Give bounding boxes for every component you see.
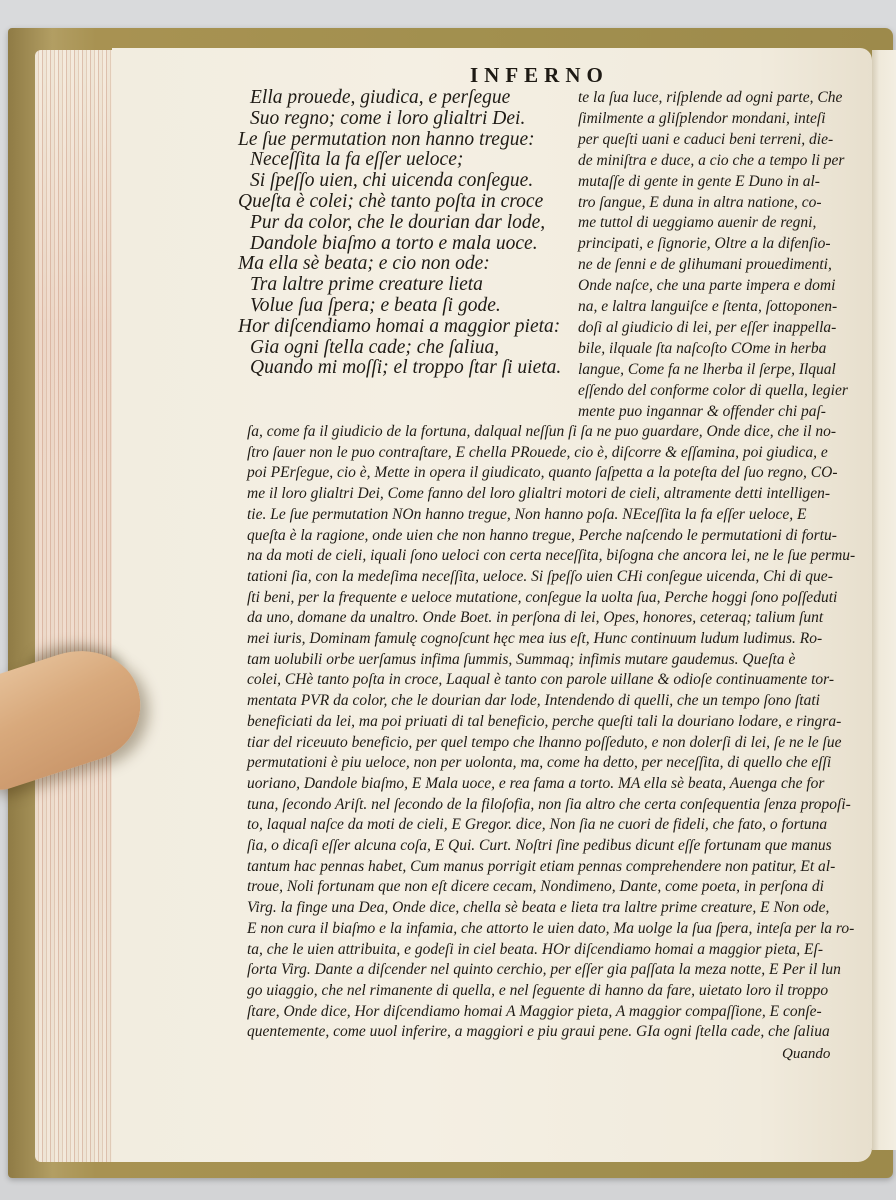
verse-line: Gia ogni ſtella cade; che ſaliua, bbox=[238, 338, 578, 359]
catchword: Quando bbox=[782, 1046, 830, 1063]
verse-line: Si ſpeſſo uien, chi uicenda conſegue. bbox=[238, 171, 578, 192]
commentary-line: ſti beni, per la frequente e ueloce muta… bbox=[247, 588, 847, 609]
commentary-line: da uno, domane da unaltro. Onde Boet. in… bbox=[247, 608, 847, 629]
page-edges-stack bbox=[35, 50, 115, 1162]
verse-line: Dandole biaſmo a torto e mala uoce. bbox=[238, 234, 578, 255]
commentary-line: tro ſangue, E duna in altra natione, co- bbox=[578, 193, 878, 214]
commentary-line: ta, che le uien attribuita, e godeſi in … bbox=[247, 940, 847, 961]
commentary-line: ſtare, Onde dice, Hor diſcendiamo homai … bbox=[247, 1002, 847, 1023]
commentary-line: beneficiati da lei, ma poi priuati di ta… bbox=[247, 712, 847, 733]
commentary-line: E non cura il biaſmo e la infamia, che a… bbox=[247, 919, 847, 940]
commentary-line: langue, Come fa ne lherba il ſerpe, Ilqu… bbox=[578, 360, 878, 381]
commentary-line: ne de ſenni e de glihumani prouedimenti, bbox=[578, 255, 878, 276]
commentary-line: tationi ſia, con la medeſima neceſſita, … bbox=[247, 567, 847, 588]
commentary-line: ſia, o dicaſi eſſer alcuna coſa, E Qui. … bbox=[247, 836, 847, 857]
commentary-line: mente puo ingannar & offender chi paſ- bbox=[578, 402, 878, 423]
commentary-line: tam uolubili orbe uerſamus infima ſummis… bbox=[247, 650, 847, 671]
commentary-line: troue, Noli fortunam que non eſt dicere … bbox=[247, 877, 847, 898]
commentary-line: mei iuris, Dominam famulę cognoſcunt hęc… bbox=[247, 629, 847, 650]
commentary-line: na, e laltra languiſce e ſtenta, ſottopo… bbox=[578, 297, 878, 318]
running-head: INFERNO bbox=[470, 63, 609, 88]
commentary-line: doſi al giudicio di lei, per eſſer inapp… bbox=[578, 318, 878, 339]
commentary-line: ſtro ſauer non le puo contraſtare, E che… bbox=[247, 443, 847, 464]
commentary-line: to, laqual naſce da moti de cieli, E Gre… bbox=[247, 815, 847, 836]
commentary-line: mutaſſe di gente in gente E Duno in al- bbox=[578, 172, 878, 193]
commentary-line: tie. Le ſue permutation NOn hanno tregue… bbox=[247, 505, 847, 526]
verse-line: Tra laltre prime creature lieta bbox=[238, 275, 578, 296]
commentary-line: ſa, come fa il giudicio de la fortuna, d… bbox=[247, 422, 847, 443]
commentary-line: poi PErſegue, cio è, Mette in opera il g… bbox=[247, 463, 847, 484]
commentary-line: tuna, ſecondo Ariſt. nel ſecondo de la f… bbox=[247, 795, 847, 816]
commentary-line: bile, ilquale ſta naſcoſto COme in herba bbox=[578, 339, 878, 360]
verse-line: Ella prouede, giudica, e perſegue bbox=[238, 88, 578, 109]
commentary-line: go uiaggio, che nel rimanente di quella,… bbox=[247, 981, 847, 1002]
commentary-full-width: ſa, come fa il giudicio de la fortuna, d… bbox=[247, 422, 847, 1043]
commentary-line: de miniſtra e duce, a cio che a tempo li… bbox=[578, 151, 878, 172]
commentary-line: colei, CHè tanto poſta in croce, Laqual … bbox=[247, 670, 847, 691]
commentary-line: uoriano, Dandole biaſmo, E Mala uoce, e … bbox=[247, 774, 847, 795]
verse-line: Volue ſua ſpera; e beata ſi gode. bbox=[238, 296, 578, 317]
commentary-line: ſorta Virg. Dante a diſcender nel quinto… bbox=[247, 960, 847, 981]
commentary-line: Virg. la finge una Dea, Onde dice, chell… bbox=[247, 898, 847, 919]
commentary-column: te la ſua luce, riſplende ad ogni parte,… bbox=[578, 88, 878, 423]
verse-line: Hor diſcendiamo homai a maggior pieta: bbox=[238, 317, 578, 338]
commentary-line: per queſti uani e caduci beni terreni, d… bbox=[578, 130, 878, 151]
commentary-line: Onde naſce, che una parte impera e domi bbox=[578, 276, 878, 297]
verse-line: Neceſſita la fa eſſer ueloce; bbox=[238, 150, 578, 171]
commentary-line: tiar del riceuuto beneficio, per quel te… bbox=[247, 733, 847, 754]
commentary-line: me tuttol di ueggiamo auenir de regni, bbox=[578, 213, 878, 234]
commentary-line: na da moti de cieli, iquali ſono ueloci … bbox=[247, 546, 847, 567]
commentary-line: quentemente, come uuol inferire, a maggi… bbox=[247, 1022, 847, 1043]
commentary-line: te la ſua luce, riſplende ad ogni parte,… bbox=[578, 88, 878, 109]
commentary-line: me il loro glialtri Dei, Come fanno del … bbox=[247, 484, 847, 505]
verse-line: Ma ella sè beata; e cio non ode: bbox=[238, 254, 578, 275]
verse-line: Le ſue permutation non hanno tregue: bbox=[238, 130, 578, 151]
verse-line: Pur da color, che le dourian dar lode, bbox=[238, 213, 578, 234]
commentary-line: eſſendo del conforme color di quella, le… bbox=[578, 381, 878, 402]
verse-block: Ella prouede, giudica, e perſegueSuo reg… bbox=[238, 88, 578, 379]
verse-line: Quando mi moſſi; el troppo ſtar ſi uieta… bbox=[238, 358, 578, 379]
commentary-line: ſimilmente a gliſplendor mondani, inteſi bbox=[578, 109, 878, 130]
verse-line: Suo regno; come i loro glialtri Dei. bbox=[238, 109, 578, 130]
commentary-line: mentata PVR da color, che le dourian dar… bbox=[247, 691, 847, 712]
commentary-line: queſta è la ragione, onde uien che non h… bbox=[247, 526, 847, 547]
commentary-line: permutationi è piu ueloce, non per uolon… bbox=[247, 753, 847, 774]
commentary-line: tantum hac pennas habet, Cum manus porri… bbox=[247, 857, 847, 878]
commentary-line: principati, e ſignorie, Oltre a la difen… bbox=[578, 234, 878, 255]
verse-line: Queſta è colei; chè tanto poſta in croce bbox=[238, 192, 578, 213]
